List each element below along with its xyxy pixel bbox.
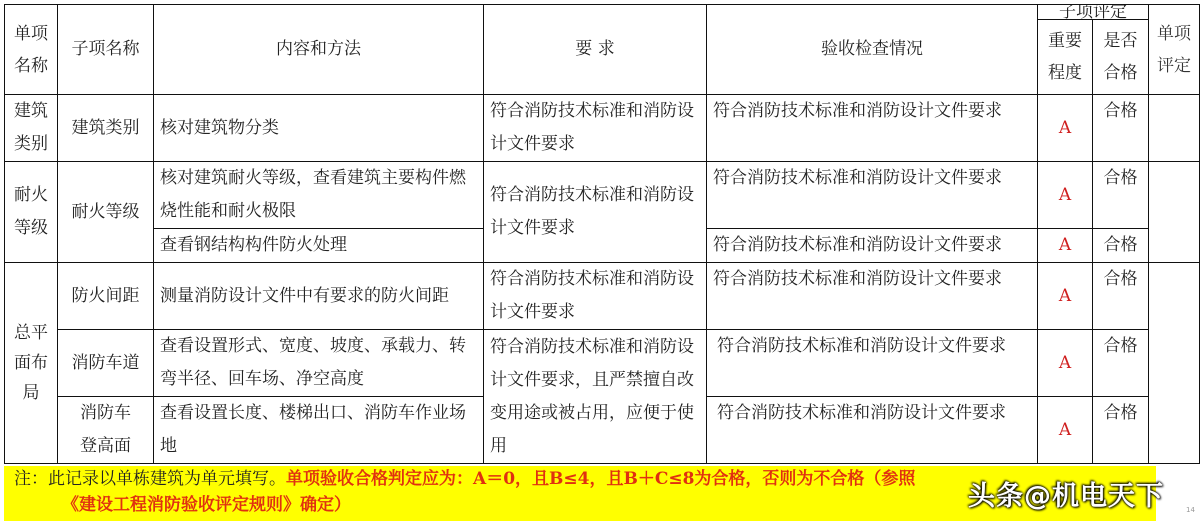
header-sub-item-name-text: 子项名称 bbox=[72, 39, 140, 59]
qualified-cell: 合格 bbox=[1093, 330, 1149, 397]
content-cell: 核对建筑耐火等级，查看建筑主要构件燃烧性能和耐火极限 bbox=[154, 162, 484, 229]
item-name-cell: 耐火等级 bbox=[5, 162, 58, 263]
fire-acceptance-table: 单项名称 子项名称 内容和方法 要 求 验收检查情况 子项评定 单项评定 重要程… bbox=[4, 4, 1200, 464]
page-number: 14 bbox=[1186, 506, 1195, 514]
requirement-cell: 符合消防技术标准和消防设计文件要求 bbox=[484, 263, 707, 330]
item-name-cell: 建筑类别 bbox=[5, 95, 58, 162]
item-evaluation-cell bbox=[1149, 162, 1200, 263]
header-item-evaluation: 单项评定 bbox=[1149, 5, 1200, 95]
qualified-cell: 合格 bbox=[1093, 162, 1149, 229]
item-name-cell: 总平面布局 bbox=[5, 263, 58, 464]
result-cell: 符合消防技术标准和消防设计文件要求 bbox=[707, 263, 1038, 330]
header-item-evaluation-text: 单项评定 bbox=[1157, 24, 1191, 76]
header-importance-text: 重要程度 bbox=[1048, 31, 1082, 83]
table-row: 消防车道 查看设置形式、宽度、坡度、承载力、转弯半径、回车场、净空高度 符合消防… bbox=[5, 330, 1200, 397]
header-sub-item-name: 子项名称 bbox=[58, 5, 154, 95]
header-item-name-text: 单项名称 bbox=[14, 24, 48, 76]
requirement-cell: 符合消防技术标准和消防设计文件要求，且严禁擅自改变用途或被占用，应便于使用 bbox=[484, 330, 707, 464]
sub-item-cell: 防火间距 bbox=[58, 263, 154, 330]
header-sub-item-evaluation: 子项评定 bbox=[1038, 5, 1149, 20]
qualified-cell: 合格 bbox=[1093, 263, 1149, 330]
importance-grade: A bbox=[1038, 397, 1093, 464]
header-inspection-result: 验收检查情况 bbox=[707, 5, 1038, 95]
item-name-text: 总平面布局 bbox=[14, 323, 48, 403]
importance-grade: A bbox=[1038, 162, 1093, 229]
header-qualified: 是否合格 bbox=[1093, 20, 1149, 95]
header-content-method-text: 内容和方法 bbox=[276, 39, 361, 59]
content-cell: 查看设置长度、楼梯出口、消防车作业场地 bbox=[154, 397, 484, 464]
importance-grade: A bbox=[1038, 229, 1093, 263]
watermark: 头条@机电天下 bbox=[968, 474, 1164, 513]
qualified-cell: 合格 bbox=[1093, 229, 1149, 263]
header-inspection-result-text: 验收检查情况 bbox=[821, 39, 923, 59]
content-cell: 查看钢结构构件防火处理 bbox=[154, 229, 484, 263]
importance-grade: A bbox=[1038, 263, 1093, 330]
header-item-name: 单项名称 bbox=[5, 5, 58, 95]
sub-item-text: 消防车登高面 bbox=[80, 403, 131, 456]
header-qualified-text: 是否合格 bbox=[1104, 31, 1138, 83]
result-cell: 符合消防技术标准和消防设计文件要求 bbox=[707, 95, 1038, 162]
note-rule: 单项验收合格判定应为：A＝0，且B≤4，且B＋C≤8为合格，否则为不合格（参照 bbox=[286, 469, 915, 489]
sub-item-cell: 耐火等级 bbox=[58, 162, 154, 263]
table-row: 建筑类别 建筑类别 核对建筑物分类 符合消防技术标准和消防设计文件要求 符合消防… bbox=[5, 95, 1200, 162]
header-requirement-text: 要 求 bbox=[575, 39, 614, 59]
result-cell: 符合消防技术标准和消防设计文件要求 bbox=[707, 229, 1038, 263]
result-cell: 符合消防技术标准和消防设计文件要求 bbox=[707, 162, 1038, 229]
requirement-cell: 符合消防技术标准和消防设计文件要求 bbox=[484, 162, 707, 263]
content-cell: 查看设置形式、宽度、坡度、承载力、转弯半径、回车场、净空高度 bbox=[154, 330, 484, 397]
header-content-method: 内容和方法 bbox=[154, 5, 484, 95]
qualified-cell: 合格 bbox=[1093, 397, 1149, 464]
content-cell: 核对建筑物分类 bbox=[154, 95, 484, 162]
table-row: 总平面布局 防火间距 测量消防设计文件中有要求的防火间距 符合消防技术标准和消防… bbox=[5, 263, 1200, 330]
note-prefix: 注：此记录以单栋建筑为单元填写。 bbox=[14, 469, 286, 489]
header-requirement: 要 求 bbox=[484, 5, 707, 95]
importance-grade: A bbox=[1038, 95, 1093, 162]
table-row: 耐火等级 耐火等级 核对建筑耐火等级，查看建筑主要构件燃烧性能和耐火极限 符合消… bbox=[5, 162, 1200, 229]
qualified-cell: 合格 bbox=[1093, 95, 1149, 162]
item-evaluation-cell bbox=[1149, 263, 1200, 464]
header-importance: 重要程度 bbox=[1038, 20, 1093, 95]
content-cell: 测量消防设计文件中有要求的防火间距 bbox=[154, 263, 484, 330]
requirement-cell: 符合消防技术标准和消防设计文件要求 bbox=[484, 95, 707, 162]
sub-item-cell: 建筑类别 bbox=[58, 95, 154, 162]
item-evaluation-cell bbox=[1149, 95, 1200, 162]
importance-grade: A bbox=[1038, 330, 1093, 397]
result-cell: 符合消防技术标准和消防设计文件要求 bbox=[707, 330, 1038, 397]
sub-item-cell: 消防车登高面 bbox=[58, 397, 154, 464]
result-cell: 符合消防技术标准和消防设计文件要求 bbox=[707, 397, 1038, 464]
sub-item-cell: 消防车道 bbox=[58, 330, 154, 397]
